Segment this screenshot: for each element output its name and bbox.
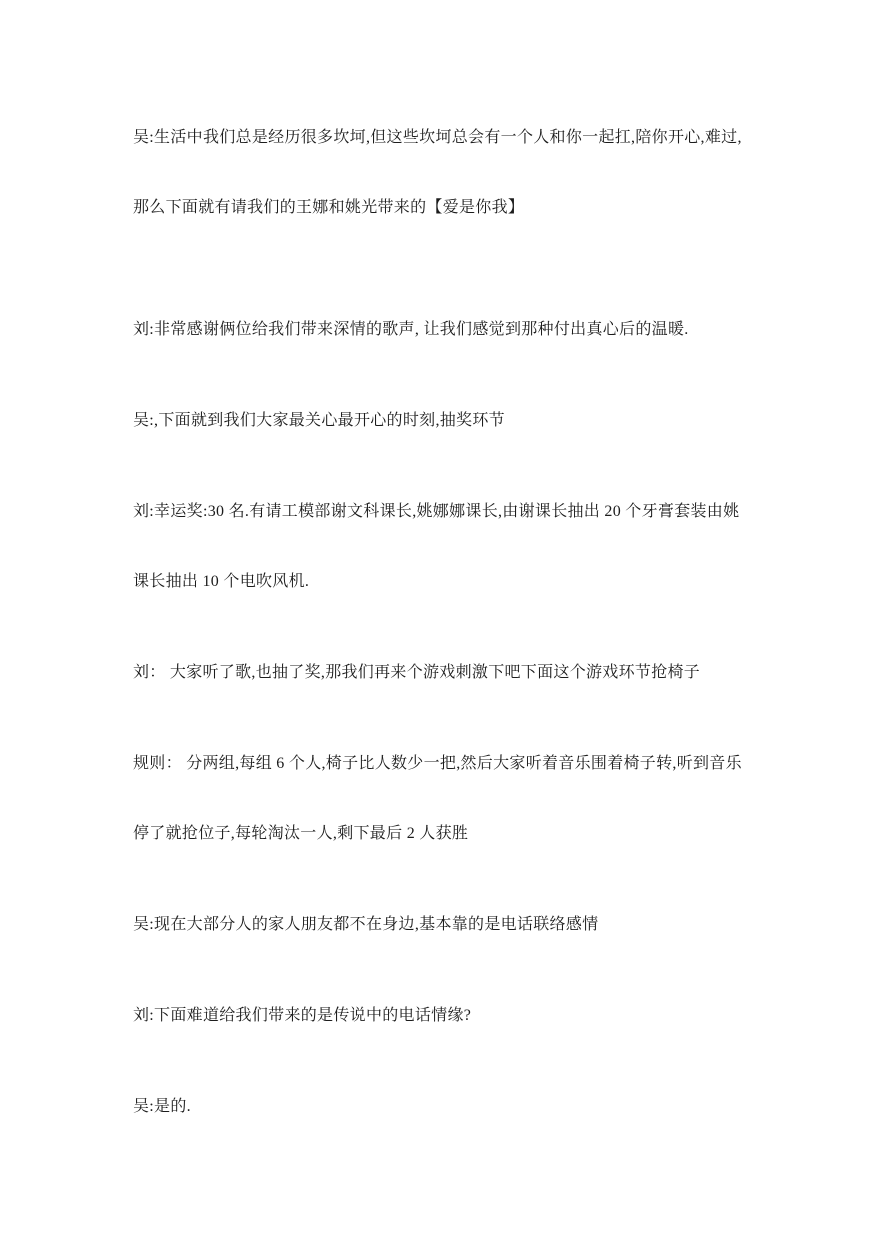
paragraph: 刘： 大家听了歌,也抽了奖,那我们再来个游戏刺激下吧下面这个游戏环节抢椅子 bbox=[133, 638, 754, 708]
script-line: 刘:非常感谢俩位给我们带来深情的歌声, 让我们感觉到那种付出真心后的温暖. bbox=[133, 295, 754, 365]
script-line: 那么下面就有请我们的王娜和姚光带来的【爱是你我】 bbox=[133, 173, 754, 243]
document-page: 吴:生活中我们总是经历很多坎坷,但这些坎坷总会有一个人和你一起扛,陪你开心,难过… bbox=[0, 0, 884, 1250]
script-line: 吴:生活中我们总是经历很多坎坷,但这些坎坷总会有一个人和你一起扛,陪你开心,难过… bbox=[133, 103, 754, 173]
paragraph: 刘:下面难道给我们带来的是传说中的电话情缘? bbox=[133, 981, 754, 1051]
paragraph: 吴:生活中我们总是经历很多坎坷,但这些坎坷总会有一个人和你一起扛,陪你开心,难过… bbox=[133, 103, 754, 243]
paragraph: 吴:现在大部分人的家人朋友都不在身边,基本靠的是电话联络感情 bbox=[133, 890, 754, 960]
script-line: 刘:下面难道给我们带来的是传说中的电话情缘? bbox=[133, 981, 754, 1051]
script-line: 吴:现在大部分人的家人朋友都不在身边,基本靠的是电话联络感情 bbox=[133, 890, 754, 960]
script-line: 规则： 分两组,每组 6 个人,椅子比人数少一把,然后大家听着音乐围着椅子转,听… bbox=[133, 729, 754, 799]
paragraph: 吴:,下面就到我们大家最关心最开心的时刻,抽奖环节 bbox=[133, 386, 754, 456]
script-line: 课长抽出 10 个电吹风机. bbox=[133, 547, 754, 617]
paragraph: 吴:是的. bbox=[133, 1072, 754, 1142]
script-line: 刘： 大家听了歌,也抽了奖,那我们再来个游戏刺激下吧下面这个游戏环节抢椅子 bbox=[133, 638, 754, 708]
paragraph: 规则： 分两组,每组 6 个人,椅子比人数少一把,然后大家听着音乐围着椅子转,听… bbox=[133, 729, 754, 869]
paragraph: 刘:非常感谢俩位给我们带来深情的歌声, 让我们感觉到那种付出真心后的温暖. bbox=[133, 295, 754, 365]
script-line: 吴:,下面就到我们大家最关心最开心的时刻,抽奖环节 bbox=[133, 386, 754, 456]
script-line: 吴:是的. bbox=[133, 1072, 754, 1142]
script-line: 刘:幸运奖:30 名.有请工模部谢文科课长,姚娜娜课长,由谢课长抽出 20 个牙… bbox=[133, 477, 754, 547]
script-line: 停了就抢位子,每轮淘汰一人,剩下最后 2 人获胜 bbox=[133, 799, 754, 869]
paragraph: 刘:幸运奖:30 名.有请工模部谢文科课长,姚娜娜课长,由谢课长抽出 20 个牙… bbox=[133, 477, 754, 617]
